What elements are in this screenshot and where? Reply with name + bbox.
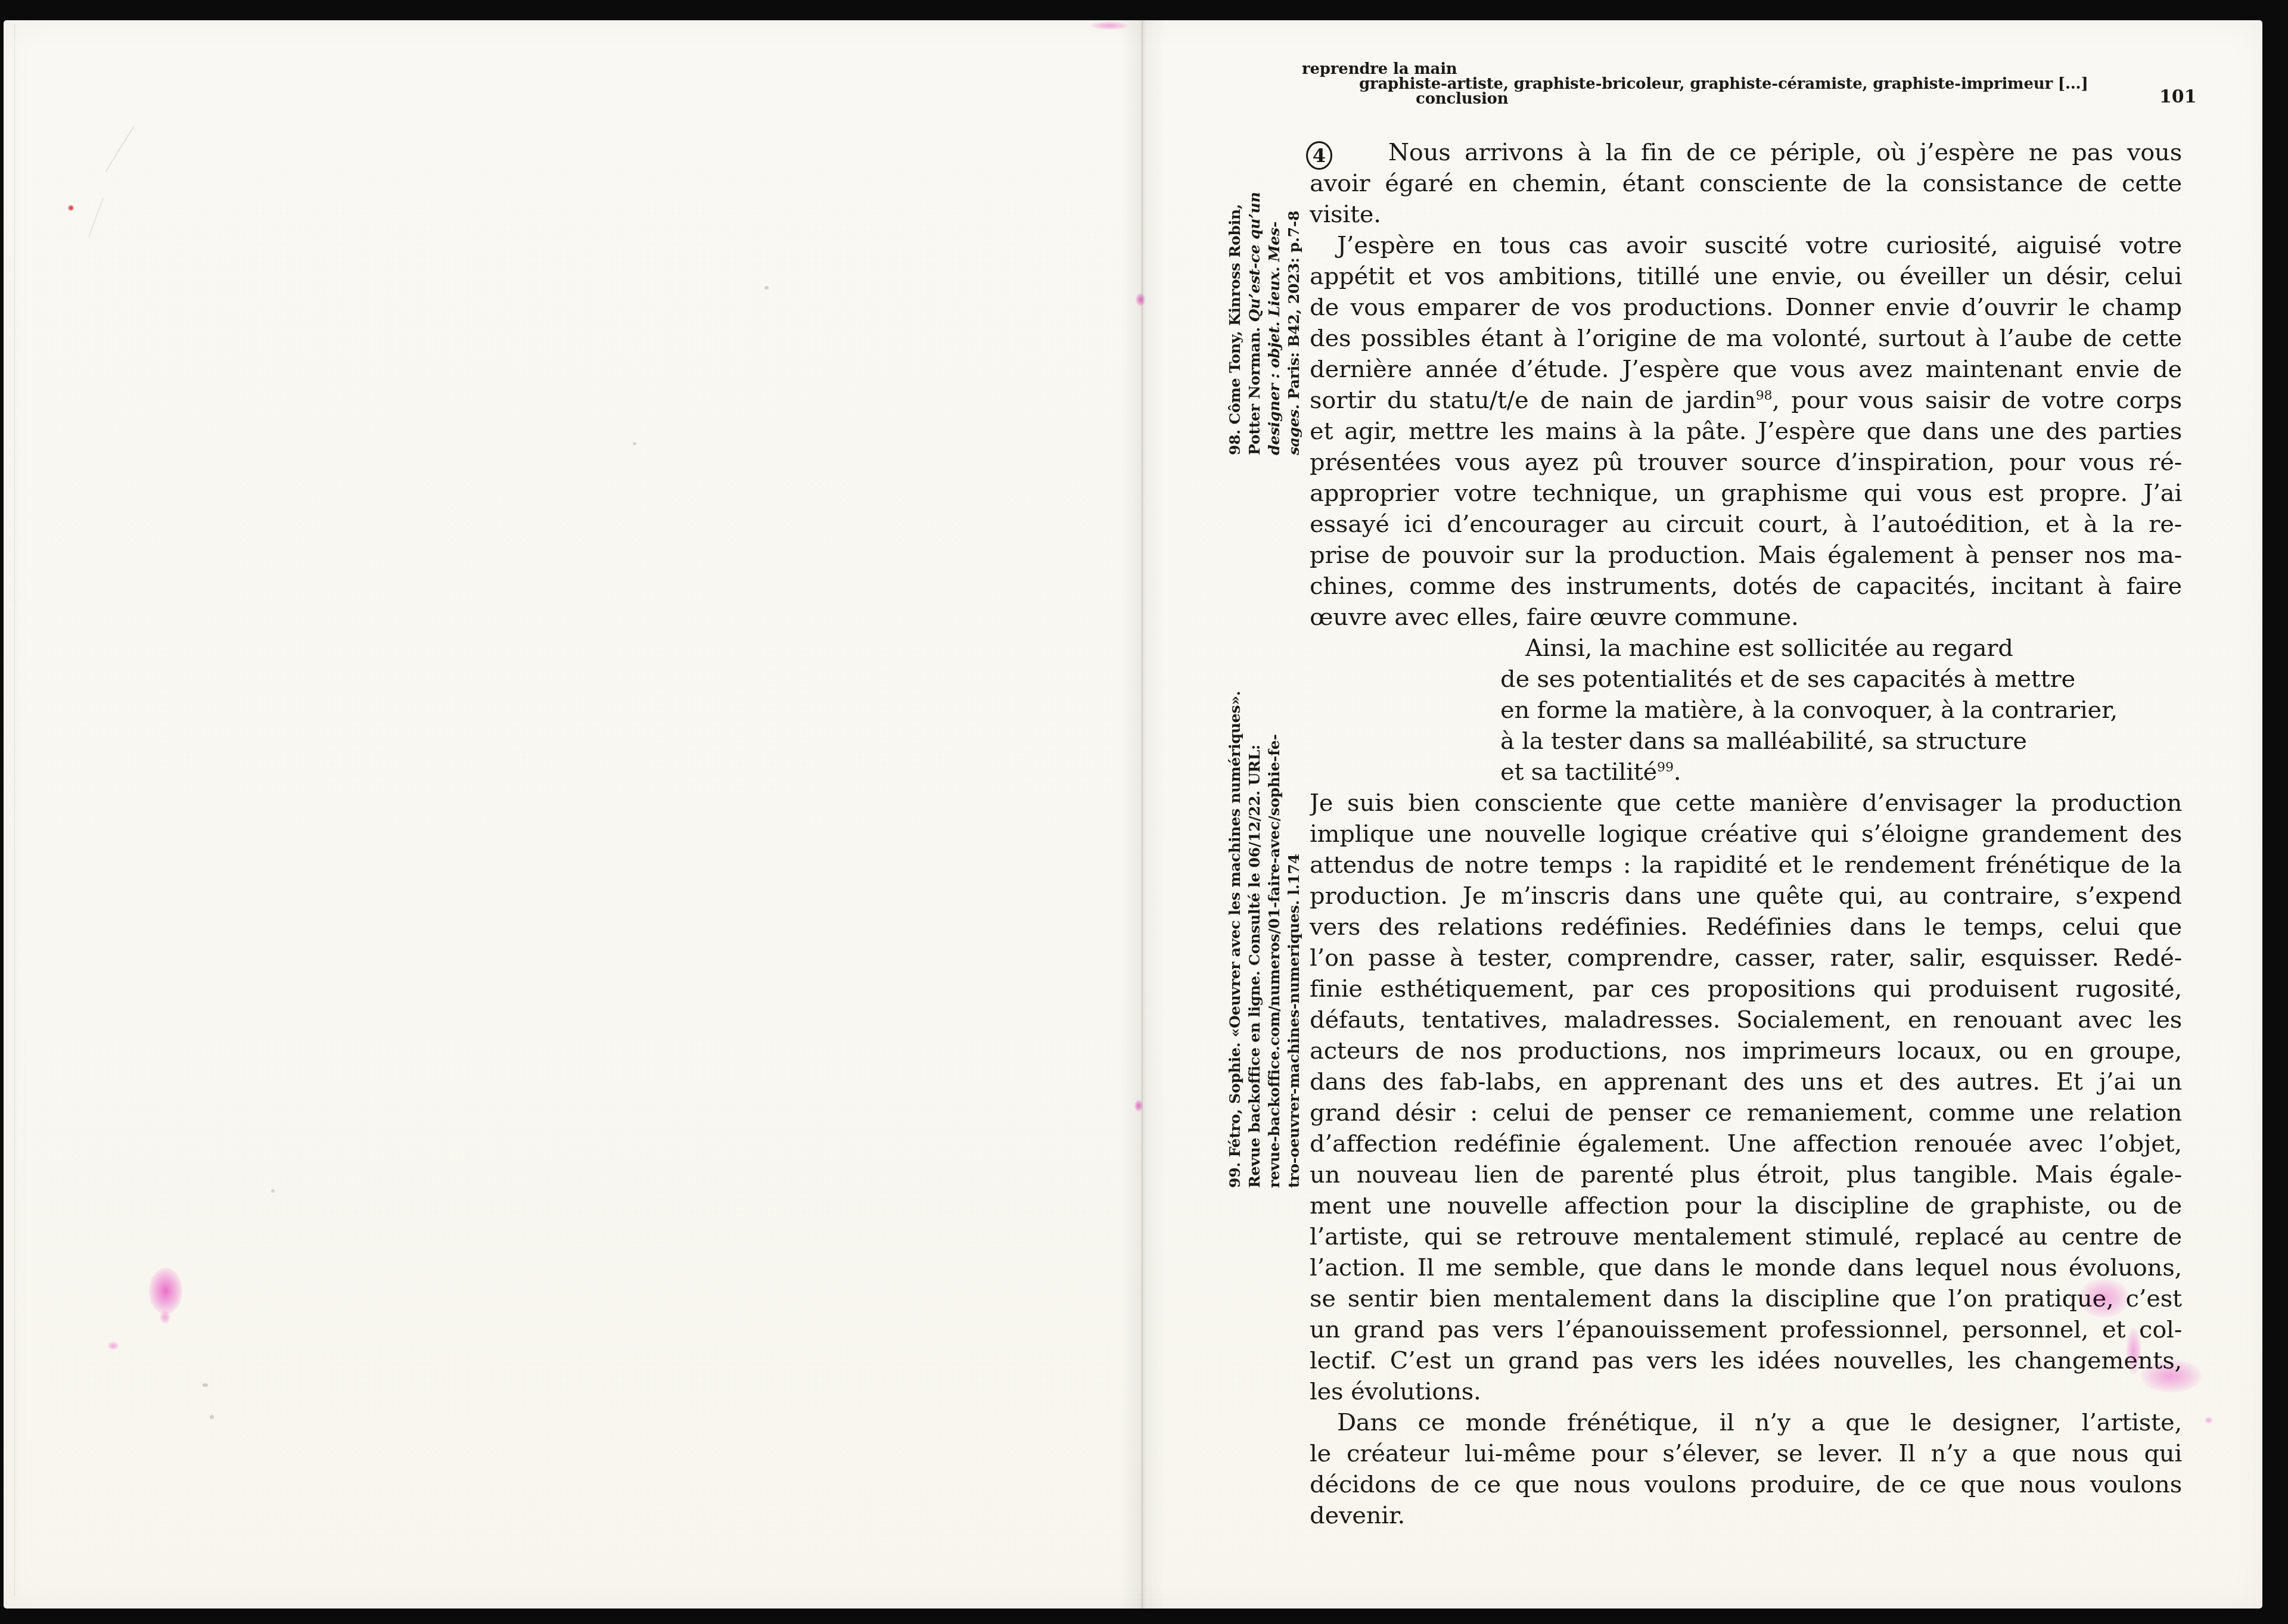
- body-line: chines, comme des instruments, dotés de …: [1310, 571, 2182, 602]
- body-line: un grand pas vers l’épanouissement profe…: [1310, 1314, 2182, 1345]
- body-line: Ainsi, la machine est sollicitée au rega…: [1310, 633, 2182, 664]
- scanned-book-spread: reprendre la main graphiste-artiste, gra…: [0, 0, 2288, 1624]
- body-line: appétit et vos ambitions, titillé une en…: [1310, 261, 2182, 292]
- body-line: avoir égaré en chemin, étant consciente …: [1310, 168, 2182, 199]
- body-line: les évolutions.: [1310, 1376, 2182, 1407]
- body-line: l’artiste, qui se retrouve mentalement s…: [1310, 1221, 2182, 1252]
- footnote-fn98-text: 98. Côme Tony, Kinross Robin,Potter Norm…: [1225, 169, 1304, 455]
- body-line: un nouveau lien de parenté plus étroit, …: [1310, 1159, 2182, 1190]
- body-line: J’espère en tous cas avoir suscité votre…: [1310, 230, 2182, 261]
- left-page-edge: [14, 24, 15, 1597]
- body-line: œuvre avec elles, faire œuvre commune.: [1310, 602, 2182, 633]
- body-line: et sa tactilité99.: [1310, 757, 2182, 788]
- body-line: le créateur lui-même pour s’élever, se l…: [1310, 1438, 2182, 1469]
- footnote-line: Potter Norman. Qu’est-ce qu’un: [1245, 169, 1264, 455]
- body-line: acteurs de nos productions, nos imprimeu…: [1310, 1035, 2182, 1066]
- gutter-shadow: [1120, 20, 1165, 1609]
- footnote-line: designer : objet. Lieux. Mes-: [1264, 169, 1284, 455]
- footnote-line: revue-backoffice.com/numeros/01-faire-av…: [1264, 738, 1284, 1188]
- body-line: lectif. C’est un grand pas vers les idée…: [1310, 1345, 2182, 1376]
- footnote-fn99-text: 99. Fétro, Sophie. «Oeuvrer avec les mac…: [1225, 738, 1304, 1188]
- body-line: des possibles étant à l’origine de ma vo…: [1310, 323, 2182, 354]
- body-column: Nous arrivons à la fin de ce périple, où…: [1310, 137, 2182, 1531]
- gutter-fold-line: [1142, 20, 1143, 1609]
- body-line: Je suis bien consciente que cette manièr…: [1310, 788, 2182, 819]
- body-line: l’action. Il me semble, que dans le mond…: [1310, 1252, 2182, 1283]
- footnote-98: 98. Côme Tony, Kinross Robin,Potter Norm…: [1225, 169, 1306, 455]
- body-line: l’on passe à tester, comprendre, casser,…: [1310, 942, 2182, 973]
- body-line: dernière année d’étude. J’espère que vou…: [1310, 354, 2182, 385]
- body-line: se sentir bien mentalement dans la disci…: [1310, 1283, 2182, 1314]
- footnote-line: Revue backoffice en ligne. Consulté le 0…: [1245, 738, 1264, 1188]
- body-line: production. Je m’inscris dans une quête …: [1310, 881, 2182, 911]
- body-line: grand désir : celui de penser ce remanie…: [1310, 1097, 2182, 1128]
- page-number: 101: [2159, 86, 2197, 107]
- body-line: essayé ici d’encourager au circuit court…: [1310, 509, 2182, 540]
- body-line: dans des fab-labs, en apprenant des uns …: [1310, 1066, 2182, 1097]
- body-line: visite.: [1310, 199, 2182, 230]
- footnote-line: 99. Fétro, Sophie. «Oeuvrer avec les mac…: [1225, 738, 1245, 1188]
- body-line: à la tester dans sa malléabilité, sa str…: [1310, 726, 2182, 757]
- body-line: prise de pouvoir sur la production. Mais…: [1310, 540, 2182, 571]
- body-line: sortir du statu/t/e de nain de jardin98,…: [1310, 385, 2182, 416]
- footnote-99: 99. Fétro, Sophie. «Oeuvrer avec les mac…: [1225, 738, 1306, 1188]
- body-line: finie esthétiquement, par ces propositio…: [1310, 973, 2182, 1004]
- body-line: implique une nouvelle logique créative q…: [1310, 819, 2182, 850]
- body-line: vers des relations redéfinies. Redéfinie…: [1310, 911, 2182, 942]
- body-line: approprier votre technique, un graphisme…: [1310, 478, 2182, 509]
- body-line: attendus de notre temps : la rapidité et…: [1310, 850, 2182, 881]
- body-line: devenir.: [1310, 1500, 2182, 1531]
- body-line: présentées vous ayez pû trouver source d…: [1310, 447, 2182, 478]
- footnote-line: tro-oeuvrer-machines-numeriques. l.174: [1284, 738, 1304, 1188]
- running-head-section: conclusion: [1416, 92, 1508, 107]
- body-line: ment une nouvelle affection pour la disc…: [1310, 1190, 2182, 1221]
- body-line: en forme la matière, à la convoquer, à l…: [1310, 695, 2182, 726]
- body-line: de vous emparer de vos productions. Donn…: [1310, 292, 2182, 323]
- body-line: d’affection redéfinie également. Une aff…: [1310, 1128, 2182, 1159]
- body-line: et agir, mettre les mains à la pâte. J’e…: [1310, 416, 2182, 447]
- footnote-line: 98. Côme Tony, Kinross Robin,: [1225, 169, 1245, 455]
- body-line: Nous arrivons à la fin de ce périple, où…: [1310, 137, 2182, 168]
- body-line: de ses potentialités et de ses capacités…: [1310, 664, 2182, 695]
- body-line: défauts, tentatives, maladresses. Social…: [1310, 1004, 2182, 1035]
- body-line: Dans ce monde frénétique, il n’y a que l…: [1310, 1407, 2182, 1438]
- footnote-line: sages. Paris: B42, 2023: p.7-8: [1284, 169, 1304, 455]
- body-line: décidons de ce que nous voulons produire…: [1310, 1469, 2182, 1500]
